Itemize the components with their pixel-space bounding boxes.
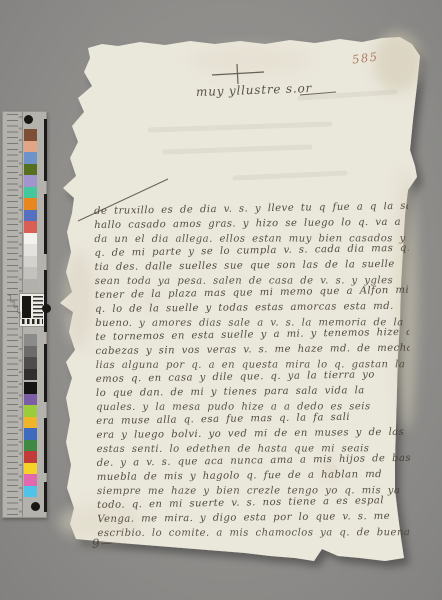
manuscript-line: q. lo de la suelle y todas estas amorcas… <box>95 300 409 317</box>
manuscript-text-block: de truxillo es de dia v. s. y lleve tu q… <box>94 202 412 549</box>
photo-background: 585 muy yllustre s.or de truxillo es de … <box>0 0 442 600</box>
manuscript-line: cabezas y sin vos veras v. s. me haze md… <box>95 342 409 359</box>
manuscript-line: era y luego bolvi. yo ved mi de en muses… <box>96 426 410 443</box>
manuscript-line: escribio. lo comite. a mis chamoclos ya … <box>97 526 411 541</box>
manuscript-line: lo que dan. de mi y tienes para sala vid… <box>96 384 410 401</box>
manuscript-line: tia des. dalle suelles sue que son las d… <box>95 258 409 275</box>
manuscript-line: hallo casado amos gras. y hizo se luego … <box>94 216 408 233</box>
manuscript-line: muebla de mis y hagolo q. fue de a habla… <box>97 468 411 485</box>
strip-handwritten-note <box>6 295 25 319</box>
manuscript-line: Venga. me mira. y digo esta por lo que v… <box>97 510 411 527</box>
closing-rubric: 9— <box>91 535 114 551</box>
